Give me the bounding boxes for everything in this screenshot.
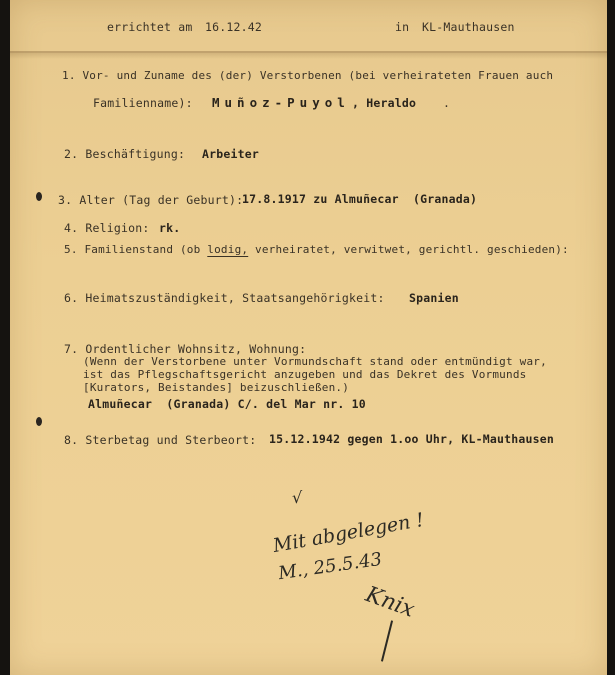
field-1-given-name: , Heraldo (352, 96, 416, 110)
field-2-label: 2. Beschäftigung: (64, 147, 185, 161)
field-1-label-cont: Familienname): (93, 96, 193, 110)
punch-mark (36, 192, 42, 201)
field-3-label: 3. Alter (Tag der Geburt): (58, 193, 243, 207)
field-1-tail: . (443, 96, 450, 110)
field-4-value: rk. (159, 221, 180, 235)
field-5-label-rest: verheiratet, verwitwet, gerichtl. geschi… (248, 243, 569, 256)
field-2-value: Arbeiter (202, 147, 259, 161)
field-5-label-prefix: 5. Familienstand (ob (64, 243, 207, 256)
field-1-surname: Muñoz-Puyol (212, 95, 350, 110)
header-errichtet-label: errichtet am (107, 20, 192, 34)
field-4-label: 4. Religion: (64, 221, 149, 235)
field-8-label: 8. Sterbetag und Sterbeort: (64, 433, 256, 447)
field-8-value: 15.12.1942 gegen 1.oo Uhr, KL-Mauthausen (269, 432, 554, 446)
field-3-value: 17.8.1917 zu Almuñecar (Granada) (242, 192, 477, 206)
field-1-label: 1. Vor- und Zuname des (der) Verstorbene… (62, 69, 553, 82)
field-6-label: 6. Heimatszuständigkeit, Staatsangehörig… (64, 291, 385, 305)
field-7-note-line3: [Kurators, Beistandes] beizuschließen.) (83, 381, 349, 394)
header-location: KL-Mauthausen (422, 20, 515, 34)
header-date: 16.12.42 (205, 20, 262, 34)
field-6-value: Spanien (409, 291, 459, 305)
header-in-label: in (395, 20, 409, 34)
field-7-note-line1: (Wenn der Verstorbene unter Vormundschaf… (83, 355, 547, 368)
scan-border-right (607, 0, 615, 675)
field-5-row: 5. Familienstand (ob lodig, verheiratet,… (64, 243, 569, 256)
field-5-selected: lodig, (207, 243, 248, 256)
handwritten-check-mark: √ (292, 488, 302, 507)
paper-fold-shadow (10, 53, 607, 59)
field-7-value: Almuñecar (Granada) C/. del Mar nr. 10 (88, 397, 366, 411)
field-7-note-line2: ist das Pflegschaftsgericht anzugeben un… (83, 368, 526, 381)
field-7-label: 7. Ordentlicher Wohnsitz, Wohnung: (64, 342, 306, 356)
punch-mark (36, 417, 42, 426)
